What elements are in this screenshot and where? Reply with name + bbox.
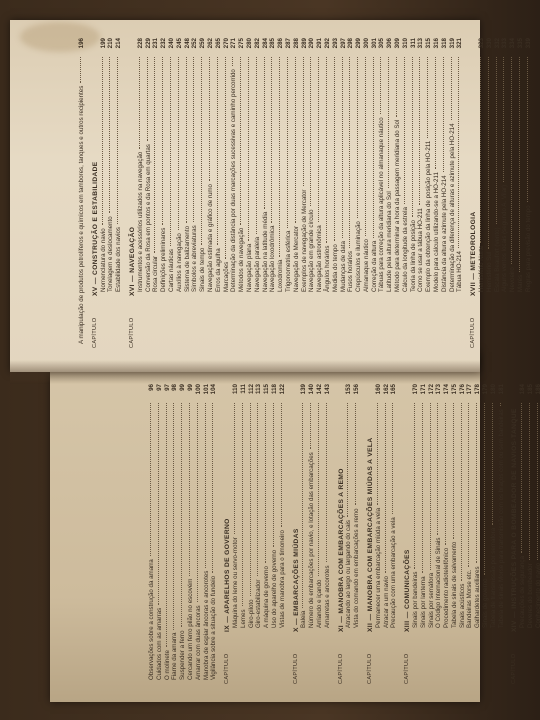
- entry-title: Lemes: [240, 609, 248, 628]
- leader-dots: [250, 403, 251, 596]
- leader-dots: [488, 57, 489, 249]
- chapter-body: XVI — NAVEGAÇÃO Instrumentos e acessório…: [129, 38, 464, 296]
- entry-page-number: 333: [501, 38, 509, 54]
- toc-entry: Determinação da diferença de alturas e a…: [449, 38, 457, 296]
- entry-page-number: 180: [490, 384, 498, 400]
- entry-title: Exemplo da obtenção da linha de posição …: [425, 141, 433, 292]
- toc-entry: O molinete 97: [164, 384, 172, 684]
- leader-dots: [414, 403, 415, 569]
- entry-page-number: 297: [340, 38, 348, 54]
- leader-dots: [435, 57, 436, 169]
- entry-title: Sistema de balizamento: [184, 226, 192, 292]
- chapter-title: IX — APARELHOS DE GOVERNO: [224, 384, 232, 632]
- leader-dots: [205, 403, 206, 568]
- entry-page-number: 332: [494, 38, 502, 54]
- entry-page-number: 335: [517, 38, 525, 54]
- entry-title: A manipulação de produtos petrolíferos e…: [78, 86, 86, 344]
- toc-entry: Tábua HO-214 321: [456, 38, 464, 296]
- toc-entry: Hemisfério Sul 330: [486, 38, 494, 296]
- entry-page-number: 291: [316, 38, 324, 54]
- toc-entry: Manobra de espiar âncoras e ancorotes 10…: [203, 384, 211, 684]
- chapter-title: XVI — NAVEGAÇÃO: [129, 38, 137, 296]
- entry-page-number: 315: [425, 38, 433, 54]
- toc-entry: Exemplo da obtenção da linha de posição …: [425, 38, 433, 296]
- chapter-body: XI — MANOBRA COM EMBARCAÇÕES A REMO Atra…: [338, 384, 361, 632]
- entry-title: Sinais por lanterna: [420, 576, 428, 628]
- toc-entry: Procedimento radiotelefônico 174: [443, 384, 451, 632]
- entry-page-number: 98: [171, 384, 179, 400]
- entry-title: Arriando e içando: [316, 580, 324, 629]
- entry-page-number: 104: [210, 384, 218, 400]
- entry-title: Navegação paralela: [254, 237, 262, 292]
- entry-page-number: 245: [176, 38, 184, 54]
- leader-dots: [453, 403, 454, 539]
- entry-title: Conhecimento do navio: [535, 563, 540, 628]
- leader-dots: [303, 57, 304, 187]
- leader-dots: [166, 403, 167, 647]
- leader-dots: [468, 403, 469, 567]
- leader-dots: [451, 57, 452, 120]
- entry-title: Métodos de navegação: [238, 228, 246, 292]
- entry-title: Método para determinar a hora da passage…: [394, 120, 402, 292]
- chapter-block: CAPÍTULOXVII — METEOROLOGIA Hemisfério N…: [470, 38, 532, 348]
- toc-entry: Arriando e içando 142: [316, 384, 324, 632]
- entry-page-number: 240: [168, 38, 176, 54]
- toc-entry: Como se usar a tábua HO-211 313: [417, 38, 425, 296]
- leader-dots: [264, 57, 265, 209]
- entry-title: Sinais de tempo: [199, 248, 207, 292]
- leader-dots: [150, 403, 151, 556]
- entry-page-number: 170: [412, 384, 420, 400]
- entry-page-number: 299: [355, 38, 363, 54]
- chapter-label: CAPÍTULO: [511, 632, 540, 684]
- toc-entry: Marcações 270: [223, 38, 231, 296]
- entry-title: Uso do aparelho de governo: [271, 550, 279, 628]
- leader-dots: [173, 403, 174, 630]
- leader-dots: [225, 57, 226, 259]
- entry-page-number: 287: [285, 38, 293, 54]
- entry-page-number: 305: [378, 38, 386, 54]
- leader-dots: [271, 57, 272, 223]
- entry-page-number: 97: [164, 384, 172, 400]
- leader-dots: [342, 57, 343, 238]
- leader-dots: [248, 57, 249, 241]
- entry-title: Teoria da linha de posição: [410, 220, 418, 292]
- entry-title: Navegação plana: [246, 244, 254, 292]
- leader-dots: [302, 403, 303, 608]
- leader-dots: [318, 403, 319, 577]
- leader-dots: [503, 57, 504, 182]
- toc-entry: Vigilância sobre a situação do fundeio 1…: [210, 384, 218, 684]
- toc-entry: Uso do aparelho de governo 118: [271, 384, 279, 632]
- toc-entry: Tonelagem e deslocamento 210: [107, 38, 115, 296]
- toc-entry: Sinais de tempo 259: [199, 38, 207, 296]
- leader-dots: [392, 403, 393, 514]
- leader-dots: [209, 57, 210, 181]
- entry-page-number: 228: [137, 38, 145, 54]
- entry-title: Navegação astronômica: [316, 225, 324, 292]
- entry-page-number: 293: [332, 38, 340, 54]
- entry-title: A máquina de governo: [263, 566, 271, 628]
- toc-entry: Sistema de balizamento 248: [184, 38, 192, 296]
- leader-dots: [273, 403, 274, 547]
- chapter-label: CAPÍTULO: [293, 632, 332, 684]
- chapter-body: IX — APARELHOS DE GOVERNO Máquina do lem…: [224, 384, 286, 632]
- leader-dots: [326, 57, 327, 243]
- entry-page-number: 248: [184, 38, 192, 54]
- chapter-title: XI — MANOBRA COM EMBARCAÇÕES A REMO: [338, 384, 346, 632]
- entry-title: Loxodromia: [277, 260, 285, 292]
- entry-title: Sinais por semáfora: [428, 573, 436, 628]
- leader-dots: [380, 57, 381, 114]
- entry-title: Máquina do leme ou servo-motor: [232, 537, 240, 628]
- chapter-block: CAPÍTULOXII — MANOBRA COM EMBARCAÇÕES MI…: [367, 384, 398, 684]
- entry-title: Almanaque náutico: [363, 239, 371, 292]
- toc-entry: Navegação astronômica 291: [316, 38, 324, 296]
- toc-entry: Medida do tempo 293: [332, 38, 340, 296]
- entry-title: Cálculo da longitude da estrela: [402, 207, 410, 292]
- table-of-contents-left: Observações sobre a construção da amarra…: [148, 384, 540, 684]
- entry-title: Marcações: [223, 262, 231, 292]
- chapter-block: CAPÍTULOXV — CONSTRUÇÃO E ESTABILIDADE N…: [92, 38, 123, 348]
- entry-page-number: 196: [78, 38, 86, 54]
- entry-page-number: 184: [519, 384, 527, 400]
- entry-title: Modelo para cálculo utilizando-se a HO-2…: [433, 172, 441, 292]
- entry-page-number: 199: [100, 38, 108, 54]
- entry-title: Como se usar a tábua HO-211: [417, 208, 425, 292]
- entry-page-number: 318: [441, 38, 449, 54]
- entry-page-number: 252: [191, 38, 199, 54]
- entry-page-number: 262: [207, 38, 215, 54]
- leader-dots: [281, 403, 282, 527]
- leader-dots: [484, 403, 485, 575]
- toc-entry: Ângulos horários 292: [324, 38, 332, 296]
- entry-page-number: 99: [187, 384, 195, 400]
- leader-dots: [519, 57, 520, 272]
- entry-page-number: 231: [152, 38, 160, 54]
- entry-title: Alguns ventos locais (segundo A. Vilar): [501, 185, 509, 292]
- entry-title: Sinais por bandeiras: [412, 572, 420, 628]
- entry-page-number: 339: [525, 38, 533, 54]
- entry-title: Giro-estabilizador: [255, 580, 263, 629]
- chapter-block: CAPÍTULOXIV — INSTRUÇÕES PARA O BOMBEADO…: [511, 384, 540, 684]
- entry-title: Procedimento radiotelefônico: [443, 548, 451, 628]
- entry-page-number: 271: [230, 38, 238, 54]
- chapter-label: CAPÍTULO: [224, 632, 286, 684]
- entry-page-number: 310: [402, 38, 410, 54]
- toc-entry: Navegação loxodrômica 285: [269, 38, 277, 296]
- entry-title: Navegação na latitude média: [262, 212, 270, 292]
- toc-entry: Nevoeiro 334: [509, 38, 517, 296]
- entry-title: Auxílios à navegação: [176, 233, 184, 292]
- entry-page-number: 122: [279, 384, 287, 400]
- leader-dots: [443, 57, 444, 172]
- toc-entry: Atracando ao largo ou largando do cais 1…: [345, 384, 353, 632]
- leader-dots: [521, 403, 522, 553]
- leader-dots: [511, 57, 512, 264]
- toc-entry: Alguns ventos locais (segundo A. Vilar) …: [501, 38, 509, 296]
- entry-page-number: 311: [410, 38, 418, 54]
- toc-entry: A manipulação de produtos petrolíferos e…: [78, 38, 86, 348]
- leader-dots: [427, 57, 428, 138]
- entry-page-number: 282: [254, 38, 262, 54]
- toc-entry: Estabilidade dos navios 214: [115, 38, 123, 296]
- entry-title: Definições preliminares: [160, 228, 168, 292]
- entry-title: Baleia: [300, 611, 308, 628]
- entry-title: Permanecer uma embarcação miúda a vela: [375, 508, 383, 628]
- entry-title: Vista do comando em embarcações a remo: [353, 508, 361, 628]
- toc-entry: Fiarne da amarra 98: [171, 384, 179, 684]
- entry-page-number: 177: [466, 384, 474, 400]
- entry-page-number: 118: [271, 384, 279, 400]
- entry-title: Mudanças de data: [340, 241, 348, 292]
- toc-entry: Rosa circular 231: [152, 38, 160, 296]
- entry-title: Sinais de governo: [482, 578, 490, 628]
- toc-entry: Conversão da Rosa em pontos e da Rosa em…: [145, 38, 153, 296]
- toc-entry: Loxodromia 286: [277, 38, 285, 296]
- leader-dots: [109, 57, 110, 213]
- leader-dots: [310, 403, 311, 449]
- leader-dots: [158, 403, 159, 605]
- chapter-label: CAPÍTULO: [129, 296, 464, 348]
- entry-title: Bandeiras Morse etc.: [466, 570, 474, 628]
- leader-dots: [349, 57, 350, 248]
- entry-page-number: 270: [223, 38, 231, 54]
- toc-entry: Almanaque náutico 300: [363, 38, 371, 296]
- leader-dots: [265, 403, 266, 563]
- toc-entry: Sinais por bandeiras 170: [412, 384, 420, 632]
- leader-dots: [527, 57, 528, 202]
- chapter-block: CAPÍTULOXVI — NAVEGAÇÃO Instrumentos e a…: [129, 38, 464, 348]
- toc-entry: Correção da altura 301: [371, 38, 379, 296]
- toc-entry: Vistas de manobra para o timoneiro 122: [279, 384, 287, 632]
- entry-page-number: 139: [300, 384, 308, 400]
- toc-entry: O Código Internacional de Sinais 173: [435, 384, 443, 632]
- entry-page-number: 175: [451, 384, 459, 400]
- leader-dots: [234, 403, 235, 534]
- entry-page-number: 289: [301, 38, 309, 54]
- entry-page-number: 185: [527, 384, 535, 400]
- entry-page-number: 176: [459, 384, 467, 400]
- leader-dots: [186, 57, 187, 223]
- chapter-body: XV — CONSTRUÇÃO E ESTABILIDADE Nomenclat…: [92, 38, 123, 296]
- toc-entry: Navegação paralela 282: [254, 38, 262, 296]
- toc-entry: Navegação estimada e gráfico de rumo 262: [207, 38, 215, 296]
- toc-entry: Crepúsculos e iluminação 299: [355, 38, 363, 296]
- entry-title: Navegação de Mercator: [293, 226, 301, 292]
- entry-page-number: 284: [262, 38, 270, 54]
- entry-title: Ângulos horários: [324, 246, 332, 292]
- leader-dots: [476, 403, 477, 563]
- leader-dots: [480, 57, 481, 243]
- entry-title: Navegação estimada e gráfico de rumo: [207, 184, 215, 292]
- leader-dots: [295, 57, 296, 223]
- leader-dots: [240, 57, 241, 225]
- toc-entry: Trigonometria esférica 287: [285, 38, 293, 296]
- entry-page-number: 313: [417, 38, 425, 54]
- toc-entry: Galhardetes auxiliares 178: [474, 384, 482, 632]
- entry-page-number: 162: [383, 384, 391, 400]
- toc-entry: Amarretas e ancorotes 143: [324, 384, 332, 632]
- leader-dots: [181, 403, 182, 627]
- entry-page-number: 172: [428, 384, 436, 400]
- leader-dots: [355, 403, 356, 505]
- entry-title: Observações sobre a construção da amarra: [148, 559, 156, 680]
- toc-entry: Método para determinar a hora da passage…: [394, 38, 402, 296]
- toc-entry: Sinais de governo 179: [482, 384, 490, 632]
- toc-entry: Navegação na latitude média 284: [262, 38, 270, 296]
- entry-title: Instrumentos e acessórios utilizados na …: [137, 152, 145, 292]
- toc-entry: A máquina de governo 115: [263, 384, 271, 632]
- chapter-label: CAPÍTULO: [404, 632, 505, 684]
- leader-dots: [256, 57, 257, 234]
- entry-title: Cercando um ferro pilão no escovém: [187, 579, 195, 680]
- entry-title: Atracar a um navio: [383, 576, 391, 628]
- entry-page-number: 97: [156, 384, 164, 400]
- entry-title: Giro-piloto: [248, 599, 256, 628]
- leader-dots: [385, 403, 386, 573]
- toc-entry: Teoria da linha de posição 311: [410, 38, 418, 296]
- entry-title: Vigilância sobre a situação do fundeio: [210, 576, 218, 680]
- leader-dots: [189, 403, 190, 576]
- chapter-title: XIV — INSTRUÇÕES PARA O BOMBEADOR DE NAV…: [511, 384, 519, 632]
- entry-page-number: 165: [390, 384, 398, 400]
- entry-page-number: 112: [248, 384, 256, 400]
- leader-dots: [201, 57, 202, 245]
- leader-dots: [373, 57, 374, 238]
- leader-dots: [437, 403, 438, 535]
- toc-entry: Navegação de Mercator 288: [293, 38, 301, 296]
- leader-dots: [419, 57, 420, 205]
- entry-title: Conversão da Rosa em pontos e da Rosa em…: [145, 144, 153, 292]
- leader-dots: [147, 57, 148, 141]
- toc-entry: Métodos de navegação 275: [238, 38, 246, 296]
- toc-entry: Hemisfério Norte 323: [478, 38, 486, 296]
- entry-page-number: 110: [232, 384, 240, 400]
- leader-dots: [287, 57, 288, 228]
- chapter-title: X — EMBARCAÇÕES MIÚDAS: [293, 384, 301, 632]
- leader-dots: [279, 57, 280, 257]
- entry-page-number: 280: [246, 38, 254, 54]
- entry-title: Fiarne da amarra: [171, 633, 179, 680]
- leader-dots: [232, 57, 233, 66]
- leader-dots: [492, 403, 493, 525]
- toc-entry: Precauções de segurança 184: [519, 384, 527, 632]
- entry-page-number: 160: [375, 384, 383, 400]
- entry-page-number: 142: [316, 384, 324, 400]
- entry-page-number: 309: [394, 38, 402, 54]
- toc-entry: Baleia 139: [300, 384, 308, 632]
- entry-page-number: 113: [255, 384, 263, 400]
- entry-title: Símbolos e abreviaturas: [191, 225, 199, 292]
- entry-page-number: 301: [371, 38, 379, 54]
- toc-entry: Lemes 111: [240, 384, 248, 632]
- chapter-label: CAPÍTULO: [338, 632, 361, 684]
- leader-dots: [212, 403, 213, 573]
- leader-dots: [430, 403, 431, 570]
- toc-entry: Mudanças de data 297: [340, 38, 348, 296]
- entry-title: Determinação da distância por duas marca…: [230, 69, 238, 292]
- toc-entry: Cuidados com as amarras 97: [156, 384, 164, 684]
- chapter-block: CAPÍTULOX — EMBARCAÇÕES MIÚDAS Baleia 13…: [293, 384, 332, 684]
- chapter-body: XII — MANOBRA COM EMBARCAÇÕES MIÚDAS A V…: [367, 384, 398, 632]
- toc-entry: Navegação em grande círculo 290: [308, 38, 316, 296]
- leader-dots: [242, 403, 243, 606]
- entry-title: O Código Internacional de Sinais: [435, 538, 443, 628]
- toc-entry: Latitude pela altura meridiana do Sol 30…: [386, 38, 394, 296]
- entry-title: Manobra de espiar âncoras e ancorotes: [203, 571, 211, 680]
- chapter-block: CAPÍTULOXI — MANOBRA COM EMBARCAÇÕES A R…: [338, 384, 361, 684]
- chapter-block: CAPÍTULOIX — APARELHOS DE GOVERNO Máquin…: [224, 384, 286, 684]
- chapter-block: CAPÍTULOXIII — COMUNICAÇÕES Sinais por b…: [404, 384, 505, 684]
- toc-entry: Conhecimento do navio 186: [535, 384, 540, 632]
- toc-entry: Máquina do leme ou servo-motor 110: [232, 384, 240, 632]
- leader-dots: [347, 403, 348, 517]
- toc-entry: Símbolos e abreviaturas 252: [191, 38, 199, 296]
- entry-page-number: 290: [308, 38, 316, 54]
- toc-entry: Cercando um ferro pilão no escovém 99: [187, 384, 195, 684]
- toc-entry: Determinação da distância por duas marca…: [230, 38, 238, 296]
- toc-entry: Número de embarcações por navio, e lotaç…: [308, 384, 316, 632]
- leader-dots: [357, 57, 358, 218]
- table-of-contents-right: A manipulação de produtos petrolíferos e…: [78, 38, 533, 348]
- toc-entry: Definições preliminares 232: [160, 38, 168, 296]
- entry-title: Hemisfério Norte: [478, 246, 486, 292]
- leader-dots: [422, 403, 423, 573]
- chapter-body: X — EMBARCAÇÕES MIÚDAS Baleia 139 Número…: [293, 384, 332, 632]
- chapter-body: XVII — METEOROLOGIA Hemisfério Norte 323…: [470, 38, 532, 296]
- book-gutter: [10, 360, 480, 384]
- entry-page-number: 306: [386, 38, 394, 54]
- leader-dots: [170, 57, 171, 246]
- entry-title: Tabela de transmissão por semáfora: [490, 528, 498, 628]
- entry-title: Erros da agulha: [215, 248, 223, 292]
- entry-title: Exemplos de navegação de Mercator: [301, 190, 309, 293]
- entry-page-number: 316: [433, 38, 441, 54]
- entry-page-number: 210: [107, 38, 115, 54]
- entry-page-number: 174: [443, 384, 451, 400]
- toc-entry: Sinais por lanterna 171: [420, 384, 428, 632]
- toc-entry: Amarrar com duas âncoras 100: [195, 384, 203, 684]
- toc-entry: Modelo para cálculo utilizando-se a HO-2…: [433, 38, 441, 296]
- chapter-body: XIV — INSTRUÇÕES PARA O BOMBEADOR DE NAV…: [511, 384, 540, 632]
- entry-title: Navegação em grande círculo: [308, 209, 316, 292]
- toc-entry: Suspender a ferro 99: [179, 384, 187, 684]
- chapter-title: XVII — METEOROLOGIA: [470, 38, 478, 296]
- entry-title: Navegação loxodrômica: [269, 226, 277, 292]
- leader-dots: [162, 57, 163, 225]
- entry-title: Deveres do bombeador: [527, 563, 535, 628]
- leader-dots: [445, 403, 446, 545]
- chapter-body: XIII — COMUNICAÇÕES Sinais por bandeiras…: [404, 384, 505, 632]
- entry-title: Amarretas e ancorotes: [324, 565, 332, 628]
- entry-title: Tábua HO-214: [456, 251, 464, 292]
- toc-entry: Nomenclatura do navio 199: [100, 38, 108, 296]
- toc-entry: Fusos horários 298: [347, 38, 355, 296]
- entry-page-number: 319: [449, 38, 457, 54]
- toc-entry: Giro-estabilizador 113: [255, 384, 263, 632]
- entry-title: Vistas de manobra para o timoneiro: [279, 530, 287, 628]
- entry-title: Nomenclatura do navio: [100, 228, 108, 292]
- toc-entry: Distância da altura e azimute pela HO-21…: [441, 38, 449, 296]
- entry-page-number: 275: [238, 38, 246, 54]
- toc-entry: Regras para previsão do tempo 339: [525, 38, 533, 296]
- entry-page-number: 259: [199, 38, 207, 54]
- entry-page-number: 101: [203, 384, 211, 400]
- leader-dots: [178, 57, 179, 230]
- entry-page-number: 300: [363, 38, 371, 54]
- chapter-label: CAPÍTULO: [367, 632, 398, 684]
